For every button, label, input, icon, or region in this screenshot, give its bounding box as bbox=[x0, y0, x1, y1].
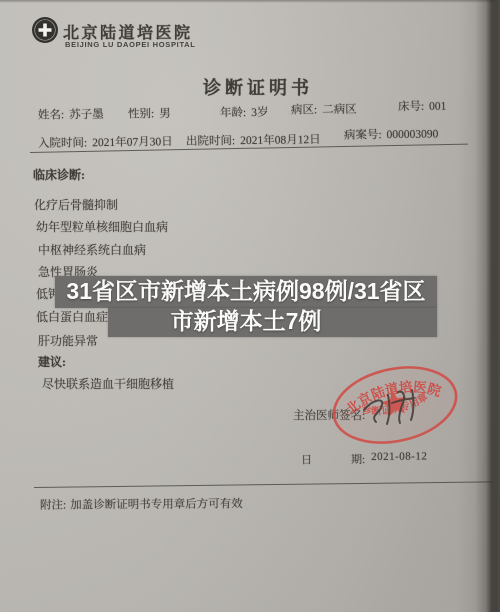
footnote: 附注:加盖诊断证明书专用章后方可有效 bbox=[40, 495, 243, 512]
field-gender-value: 男 bbox=[159, 108, 171, 120]
paper-right-edge-shadow bbox=[458, 0, 500, 612]
field-bed-label: 床号: bbox=[398, 101, 424, 113]
hospital-stamp: 北京陆道培医院 诊断证明专用章 bbox=[320, 357, 470, 453]
date-row: 日 期: 2021-08-12 bbox=[0, 450, 500, 454]
footer-divider-line bbox=[34, 481, 492, 488]
news-headline-line2: 市新增本土7例 bbox=[55, 307, 437, 337]
diagnosis-item: 中枢神经系统白血病 bbox=[38, 241, 146, 258]
field-discharge-value: 2021年08月12日 bbox=[240, 134, 321, 147]
field-age-label: 年龄: bbox=[220, 107, 246, 119]
footnote-label: 附注: bbox=[40, 500, 66, 512]
advice-heading: 建议: bbox=[38, 353, 66, 370]
document-title: 诊断证明书 bbox=[0, 74, 500, 100]
hospital-name-en: BEIJING LU DAOPEI HOSPITAL bbox=[65, 40, 196, 49]
date-value: 2021-08-12 bbox=[371, 450, 427, 462]
date-label-left: 日 bbox=[301, 451, 312, 467]
patient-info-row-1: 姓名:苏子墨 性别:男 年龄:3岁 病区:二病区 床号:001 bbox=[0, 101, 500, 127]
field-admit-value: 2021年07月30日 bbox=[92, 136, 173, 149]
footnote-text: 加盖诊断证明书专用章后方可有效 bbox=[70, 498, 243, 511]
field-record-value: 000003090 bbox=[387, 128, 439, 141]
hospital-logo-cross-icon bbox=[31, 16, 59, 44]
date-label-right: 期: bbox=[351, 451, 365, 467]
paper-top-edge-shadow bbox=[0, 0, 500, 3]
diagnosis-heading: 临床诊断: bbox=[33, 166, 85, 183]
field-bed-value: 001 bbox=[429, 101, 446, 113]
field-name: 姓名:苏子墨 bbox=[38, 106, 104, 123]
field-gender: 性别:男 bbox=[128, 105, 171, 122]
news-headline-overlay: 31省区市新增本土病例98例/31省区 市新增本土7例 bbox=[55, 277, 437, 336]
field-ward-label: 病区: bbox=[291, 104, 317, 116]
field-ward: 病区:二病区 bbox=[291, 101, 357, 118]
news-headline-line1: 31省区市新增本土病例98例/31省区 bbox=[55, 277, 437, 307]
field-name-label: 姓名: bbox=[38, 109, 64, 121]
field-admit-label: 入院时间: bbox=[38, 137, 87, 150]
field-gender-label: 性别: bbox=[128, 108, 154, 120]
advice-text: 尽快联系造血干细胞移植 bbox=[42, 375, 174, 392]
diagnosis-item: 幼年型粒单核细胞白血病 bbox=[36, 218, 168, 235]
field-record-number: 病案号:000003090 bbox=[344, 125, 439, 142]
field-name-value: 苏子墨 bbox=[69, 109, 104, 121]
field-age-value: 3岁 bbox=[251, 107, 268, 119]
field-discharge-label: 出院时间: bbox=[186, 135, 235, 148]
field-record-label: 病案号: bbox=[344, 129, 382, 142]
diagnosis-item: 化疗后骨髓抑制 bbox=[34, 196, 118, 213]
field-bed: 床号:001 bbox=[398, 98, 447, 115]
field-admit-date: 入院时间:2021年07月30日 bbox=[38, 133, 173, 151]
field-ward-value: 二病区 bbox=[322, 104, 357, 116]
diagnosis-certificate-photo: 北京陆道培医院 BEIJING LU DAOPEI HOSPITAL 诊断证明书… bbox=[0, 0, 500, 612]
field-age: 年龄:3岁 bbox=[220, 104, 269, 121]
